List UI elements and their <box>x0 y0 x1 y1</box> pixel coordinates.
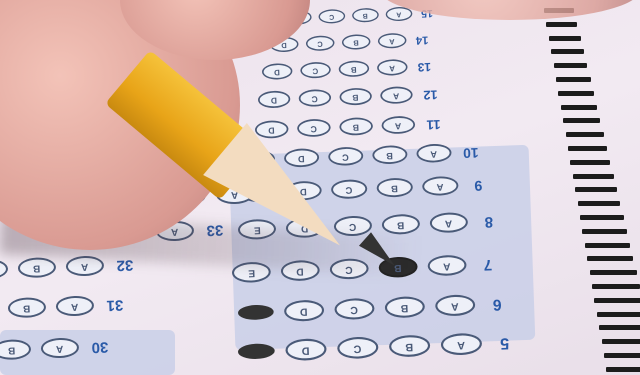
bubble-8-A[interactable]: A <box>430 212 469 233</box>
bubble-5-C[interactable]: C <box>337 336 379 359</box>
question-number: 7 <box>476 255 499 273</box>
question-row-11: DCBA11 <box>255 115 444 139</box>
bubble-letter: B <box>397 219 405 230</box>
timing-mark <box>602 339 640 344</box>
timing-mark <box>556 77 591 82</box>
bubble-letter: C <box>329 12 334 20</box>
question-row-12: DCBA12 <box>258 85 440 108</box>
bubble-9-B[interactable]: B <box>376 177 413 197</box>
timing-mark <box>585 243 630 248</box>
bubble-14-A[interactable]: A <box>378 33 407 49</box>
question-row-31: CBA31 <box>0 294 126 320</box>
bubble-letter: B <box>352 92 358 102</box>
bubble-7-A[interactable]: A <box>427 255 466 277</box>
question-number: 13 <box>415 59 433 73</box>
timing-mark <box>546 22 577 27</box>
bubble-13-A[interactable]: A <box>377 59 408 76</box>
timing-mark <box>599 325 640 330</box>
bubble-letter: A <box>443 260 451 271</box>
question-number: 12 <box>421 86 440 101</box>
question-number: 9 <box>468 176 489 193</box>
bubble-32-C[interactable]: C <box>0 259 8 280</box>
question-number: 31 <box>104 296 127 314</box>
timing-mark <box>594 298 640 303</box>
bubble-letter: C <box>313 66 319 75</box>
question-number: 30 <box>89 338 112 356</box>
bubble-10-A[interactable]: A <box>416 143 452 163</box>
bubble-letter: D <box>298 153 305 163</box>
bubble-letter: D <box>268 124 275 134</box>
bubble-letter: B <box>33 262 41 273</box>
bubble-15-B[interactable]: B <box>352 8 379 23</box>
bubble-letter: B <box>401 301 409 313</box>
timing-mark <box>570 160 610 165</box>
bubble-letter: B <box>353 38 359 46</box>
question-number: 14 <box>414 33 431 46</box>
bubble-letter: B <box>23 302 31 313</box>
bubble-31-B[interactable]: B <box>8 297 47 318</box>
timing-mark <box>604 353 640 358</box>
bubble-5-A[interactable]: A <box>441 333 483 356</box>
bubble-12-C[interactable]: C <box>298 89 331 107</box>
bubble-letter: B <box>386 150 393 160</box>
bubble-12-A[interactable]: A <box>380 86 413 104</box>
bubble-letter: B <box>351 64 357 73</box>
timing-mark <box>580 215 624 220</box>
bubble-letter: D <box>300 305 308 317</box>
bubble-letter: B <box>353 122 360 132</box>
bubble-14-C[interactable]: C <box>306 35 335 51</box>
question-number: 10 <box>460 144 481 160</box>
bubble-letter: A <box>451 300 459 312</box>
bubble-15-C[interactable]: C <box>318 9 345 24</box>
timing-mark <box>578 201 621 206</box>
bubble-31-A[interactable]: A <box>56 295 95 316</box>
bubble-letter: A <box>56 342 64 353</box>
timing-mark <box>575 187 617 192</box>
bubble-letter: C <box>354 342 362 354</box>
bubble-6-E-filled[interactable] <box>238 304 274 320</box>
bubble-5-E-filled[interactable] <box>238 343 275 359</box>
question-number: 11 <box>424 116 444 132</box>
timing-mark <box>561 105 597 110</box>
bubble-9-C[interactable]: C <box>331 179 368 199</box>
timing-mark <box>582 229 626 234</box>
timing-mark <box>597 312 640 317</box>
bubble-letter: C <box>311 123 318 133</box>
timing-mark <box>592 284 640 289</box>
bubble-letter: B <box>363 11 368 19</box>
bubble-12-B[interactable]: B <box>339 88 372 106</box>
timing-mark <box>590 270 637 275</box>
question-number: 5 <box>492 333 516 352</box>
question-row-14: DCBA14 <box>270 32 431 53</box>
bubble-10-B[interactable]: B <box>372 145 408 165</box>
bubble-letter: A <box>71 300 79 311</box>
bubble-letter: C <box>317 39 323 47</box>
bubble-letter: A <box>395 120 402 130</box>
timing-mark <box>566 132 604 137</box>
bubble-11-A[interactable]: A <box>381 116 415 135</box>
bubble-6-A[interactable]: A <box>435 294 476 316</box>
bubble-6-D[interactable]: D <box>284 300 325 322</box>
bubble-letter: A <box>457 338 465 350</box>
bubble-9-A[interactable]: A <box>422 176 459 196</box>
timing-mark <box>558 91 593 96</box>
bubble-letter: D <box>274 67 280 76</box>
bubble-30-A[interactable]: A <box>41 337 80 358</box>
bubble-5-D[interactable]: D <box>285 338 327 361</box>
question-row-13: DCBA13 <box>262 58 434 80</box>
bubble-letter: A <box>393 90 399 100</box>
bubble-6-B[interactable]: B <box>385 296 426 318</box>
bubble-13-D[interactable]: D <box>262 63 293 80</box>
bubble-letter: B <box>405 340 413 352</box>
bubble-letter: B <box>8 344 16 355</box>
bubble-letter: A <box>389 37 395 45</box>
bubble-letter: D <box>271 95 277 105</box>
bubble-letter: C <box>342 151 349 161</box>
timing-mark <box>554 63 588 68</box>
bubble-letter: D <box>302 344 310 356</box>
bubble-letter: A <box>430 148 437 158</box>
bubble-5-B[interactable]: B <box>389 334 431 357</box>
bubble-30-B[interactable]: B <box>0 339 31 360</box>
bubble-letter: A <box>81 260 89 271</box>
timing-mark <box>606 367 640 372</box>
timing-mark <box>563 118 600 123</box>
question-number: 6 <box>485 295 509 314</box>
bubble-letter: C <box>350 303 358 315</box>
question-number: 8 <box>478 212 501 230</box>
bubble-letter: B <box>391 182 398 193</box>
bubble-letter: A <box>396 10 401 18</box>
bubble-10-C[interactable]: C <box>328 147 364 167</box>
timing-mark <box>587 256 633 261</box>
timing-mark <box>551 49 584 54</box>
photo-scene: DCBA15DCBA14DCBA13DCBA12DCBA11EDCBA10EDC… <box>0 0 640 375</box>
bubble-letter: A <box>389 63 395 72</box>
bubble-13-C[interactable]: C <box>300 62 331 79</box>
bubble-11-B[interactable]: B <box>339 117 373 136</box>
bubble-13-B[interactable]: B <box>338 60 369 77</box>
bubble-32-B[interactable]: B <box>18 257 57 278</box>
bubble-8-B[interactable]: B <box>382 214 421 235</box>
bubble-letter: A <box>445 217 453 228</box>
bubble-6-C[interactable]: C <box>334 298 375 320</box>
bubble-12-D[interactable]: D <box>258 90 291 108</box>
bubble-11-C[interactable]: C <box>297 119 331 138</box>
bubble-letter: C <box>346 184 353 195</box>
bubble-letter: A <box>437 181 444 192</box>
timing-marks <box>520 0 640 375</box>
timing-mark <box>549 36 581 41</box>
bubble-14-B[interactable]: B <box>342 34 371 50</box>
bubble-letter: C <box>312 93 318 103</box>
bubble-letter: E <box>248 267 255 278</box>
timing-mark <box>568 146 607 151</box>
timing-mark <box>573 174 614 179</box>
